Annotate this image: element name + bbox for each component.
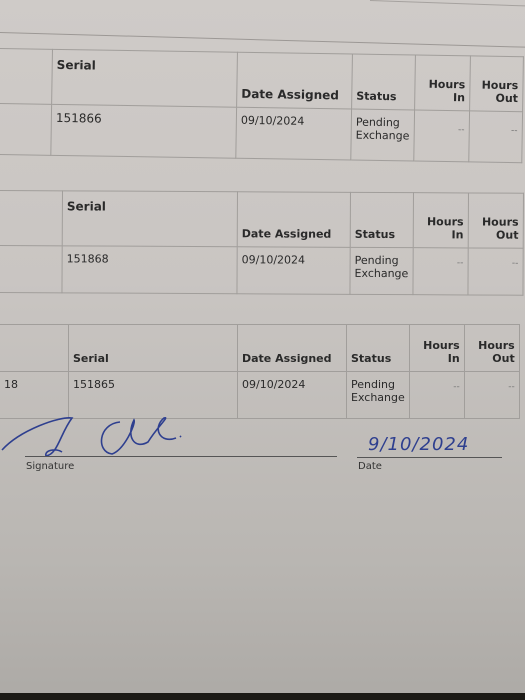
status-header: Status: [350, 192, 413, 247]
serial-header: Serial: [62, 191, 237, 247]
prefix-header: [0, 191, 62, 246]
prefix-header: [0, 325, 69, 372]
date-assigned-header: Date Assigned: [237, 192, 350, 248]
hours-in-header: Hours In: [409, 325, 464, 372]
prefix-cell: [0, 103, 52, 155]
status-cell: Pending Exchange: [347, 372, 410, 419]
date-assigned-header: Date Assigned: [238, 325, 347, 372]
serial-header: Serial: [69, 325, 238, 372]
date-assigned-header: Date Assigned: [237, 52, 353, 109]
signature-line: [25, 456, 337, 457]
assignment-table-1: Serial Date Assigned Status Hours In Hou…: [0, 48, 524, 163]
prefix-cell: [0, 245, 62, 292]
table-row: 151866 09/10/2024 Pending Exchange -- --: [0, 103, 522, 162]
hours-in-cell: --: [409, 372, 464, 419]
hours-out-cell: --: [469, 111, 523, 163]
date-assigned-cell: 09/10/2024: [237, 247, 350, 295]
hours-in-header: Hours In: [413, 193, 468, 248]
cut-off-table-line: [0, 32, 525, 49]
date-assigned-cell: 09/10/2024: [236, 107, 352, 160]
table-header-row: Serial Date Assigned Status Hours In Hou…: [0, 191, 523, 249]
signature-label: Signature: [26, 461, 74, 472]
serial-cell: 151866: [51, 104, 237, 158]
serial-cell: 151868: [62, 246, 237, 294]
date-assigned-cell: 09/10/2024: [238, 372, 347, 419]
serial-header: Serial: [52, 49, 238, 107]
status-header: Status: [347, 325, 410, 372]
signature-scribble: [0, 410, 210, 460]
hours-in-cell: --: [414, 110, 470, 162]
cut-off-table-line: [370, 0, 525, 7]
handwritten-date: 9/10/2024: [368, 434, 469, 455]
hours-out-header: Hours Out: [464, 325, 519, 372]
prefix-header: [0, 48, 52, 104]
assignment-table-2: Serial Date Assigned Status Hours In Hou…: [0, 190, 524, 296]
date-line: [357, 457, 502, 458]
status-cell: Pending Exchange: [351, 109, 415, 161]
hours-out-header: Hours Out: [469, 56, 523, 112]
hours-out-cell: --: [464, 372, 519, 419]
table-row: 151868 09/10/2024 Pending Exchange -- --: [0, 245, 523, 295]
status-cell: Pending Exchange: [350, 247, 413, 294]
hours-out-cell: --: [468, 248, 523, 295]
table-header-row: Serial Date Assigned Status Hours In Hou…: [0, 325, 519, 372]
table-header-row: Serial Date Assigned Status Hours In Hou…: [0, 48, 523, 111]
background-surface: [0, 693, 525, 700]
hours-in-cell: --: [413, 248, 468, 295]
assignment-table-3: Serial Date Assigned Status Hours In Hou…: [0, 324, 520, 419]
hours-in-header: Hours In: [414, 55, 470, 111]
hours-out-header: Hours Out: [468, 193, 523, 248]
date-label: Date: [358, 461, 382, 472]
status-header: Status: [352, 54, 416, 110]
